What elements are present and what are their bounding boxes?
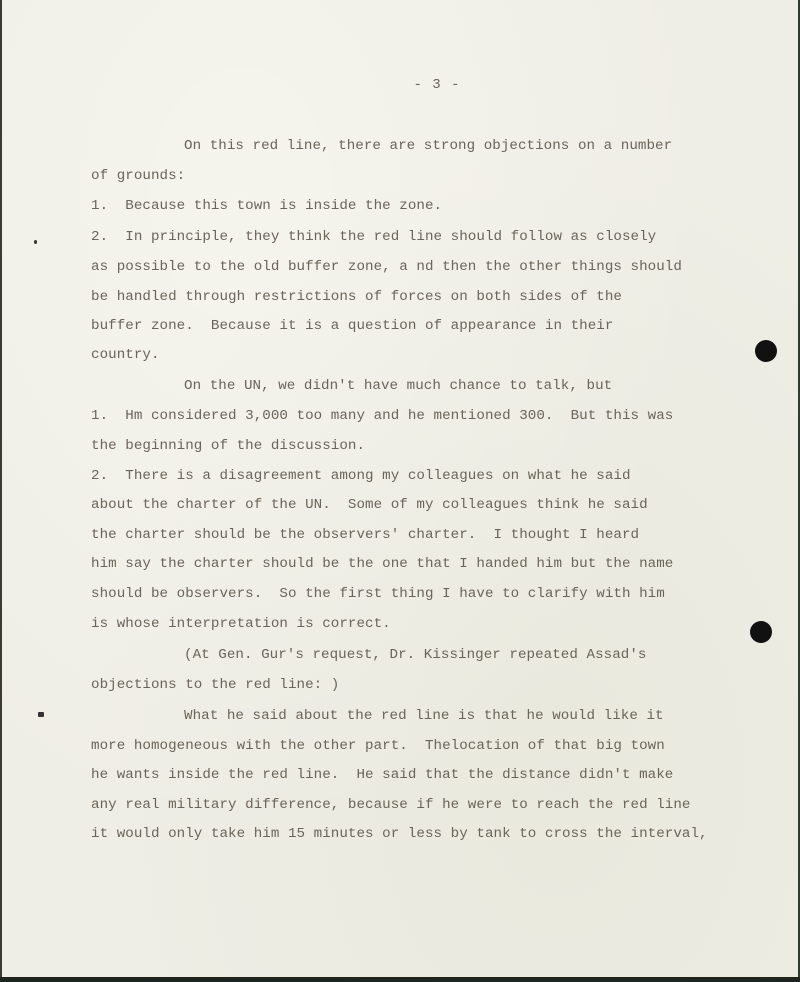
ink-speck bbox=[34, 240, 37, 244]
text-line: it would only take him 15 minutes or les… bbox=[91, 826, 708, 842]
page-number: - 3 - bbox=[2, 77, 800, 93]
text-line: should be observers. So the first thing … bbox=[91, 586, 665, 602]
text-line: be handled through restrictions of force… bbox=[91, 289, 622, 305]
text-line: (At Gen. Gur's request, Dr. Kissinger re… bbox=[184, 647, 646, 663]
text-line: more homogeneous with the other part. Th… bbox=[91, 738, 665, 754]
list-item: 1. Because this town is inside the zone. bbox=[91, 198, 442, 214]
list-item: 2. There is a disagreement among my coll… bbox=[91, 468, 631, 484]
text-line: any real military difference, because if… bbox=[91, 797, 690, 813]
page-bottom-edge bbox=[0, 977, 800, 982]
text-line: What he said about the red line is that … bbox=[184, 708, 664, 724]
list-item: 2. In principle, they think the red line… bbox=[91, 229, 656, 245]
text-line: as possible to the old buffer zone, a nd… bbox=[91, 259, 682, 275]
text-line: of grounds: bbox=[91, 168, 185, 184]
list-item: 1. Hm considered 3,000 too many and he m… bbox=[91, 408, 673, 424]
text-line: him say the charter should be the one th… bbox=[91, 556, 673, 572]
text-line: is whose interpretation is correct. bbox=[91, 616, 391, 632]
text-line: the beginning of the discussion. bbox=[91, 438, 365, 454]
text-line: On this red line, there are strong objec… bbox=[184, 138, 672, 154]
ink-speck bbox=[38, 712, 44, 717]
punch-hole-bottom bbox=[750, 621, 772, 643]
text-line: he wants inside the red line. He said th… bbox=[91, 767, 673, 783]
text-line: the charter should be the observers' cha… bbox=[91, 527, 639, 543]
text-line: On the UN, we didn't have much chance to… bbox=[184, 378, 612, 394]
text-line: buffer zone. Because it is a question of… bbox=[91, 318, 613, 334]
text-line: country. bbox=[91, 347, 160, 363]
punch-hole-top bbox=[755, 340, 777, 362]
document-page: - 3 - On this red line, there are strong… bbox=[0, 0, 800, 977]
text-line: about the charter of the UN. Some of my … bbox=[91, 497, 648, 513]
text-line: objections to the red line: ) bbox=[91, 677, 339, 693]
